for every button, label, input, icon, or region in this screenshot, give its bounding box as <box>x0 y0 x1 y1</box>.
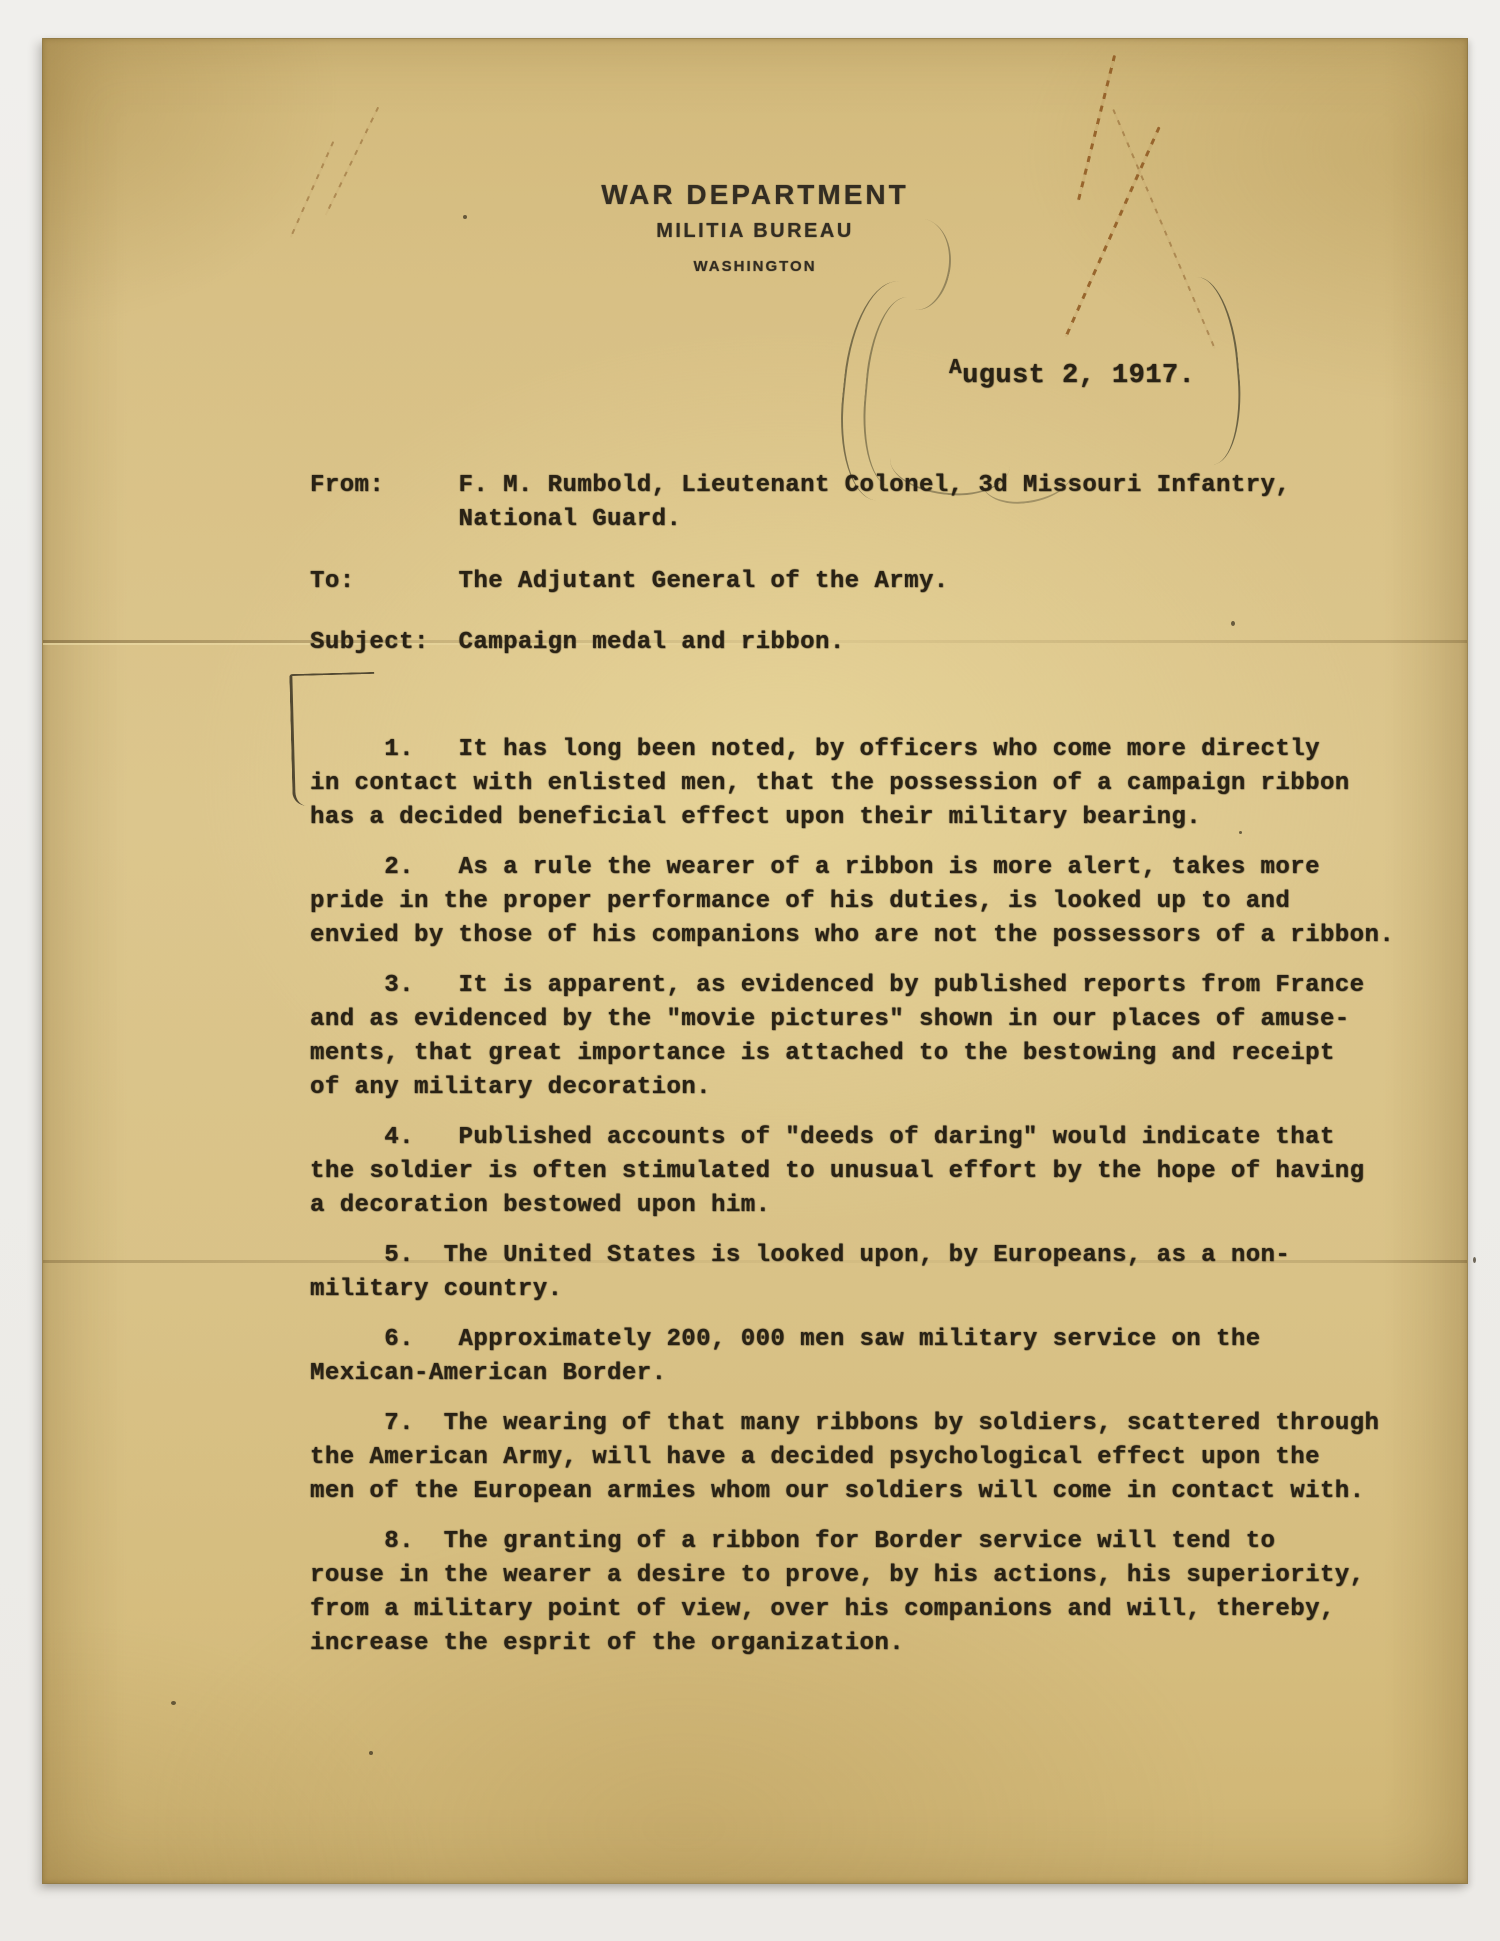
paragraph-7: 7. The wearing of that many ribbons by s… <box>310 1407 1420 1509</box>
paragraph-6: 6. Approximately 200, 000 men saw milita… <box>310 1323 1420 1391</box>
to-line: To: The Adjutant General of the Army. <box>310 565 1290 599</box>
letterhead-city: WASHINGTON <box>43 258 1467 275</box>
from-line: From: F. M. Rumbold, Lieutenant Colonel,… <box>310 469 1290 537</box>
paragraph-8: 8. The granting of a ribbon for Border s… <box>310 1525 1420 1661</box>
pencil-parenthesis-left <box>857 294 941 489</box>
letterhead-bureau: MILITIA BUREAU <box>43 220 1467 243</box>
ink-speck <box>1473 1257 1476 1263</box>
address-block: From: F. M. Rumbold, Lieutenant Colonel,… <box>310 469 1290 660</box>
letterhead-department: WAR DEPARTMENT <box>43 179 1467 211</box>
letterhead: WAR DEPARTMENT MILITIA BUREAU WASHINGTON <box>43 179 1467 275</box>
paragraph-3: 3. It is apparent, as evidenced by publi… <box>310 969 1420 1105</box>
date-line: August 2, 1917. <box>949 353 1195 392</box>
ink-speck <box>171 1701 176 1705</box>
subject-line: Subject: Campaign medal and ribbon. <box>310 626 1290 660</box>
paragraph-2: 2. As a rule the wearer of a ribbon is m… <box>310 851 1420 953</box>
scanned-document: WAR DEPARTMENT MILITIA BUREAU WASHINGTON… <box>0 0 1500 1941</box>
paragraph-4: 4. Published accounts of "deeds of darin… <box>310 1121 1420 1223</box>
document-page: WAR DEPARTMENT MILITIA BUREAU WASHINGTON… <box>42 38 1468 1884</box>
ink-speck <box>369 1751 373 1755</box>
letter-body: 1. It has long been noted, by officers w… <box>310 733 1420 1677</box>
paragraph-5: 5. The United States is looked upon, by … <box>310 1239 1420 1307</box>
paragraph-1: 1. It has long been noted, by officers w… <box>310 733 1420 835</box>
